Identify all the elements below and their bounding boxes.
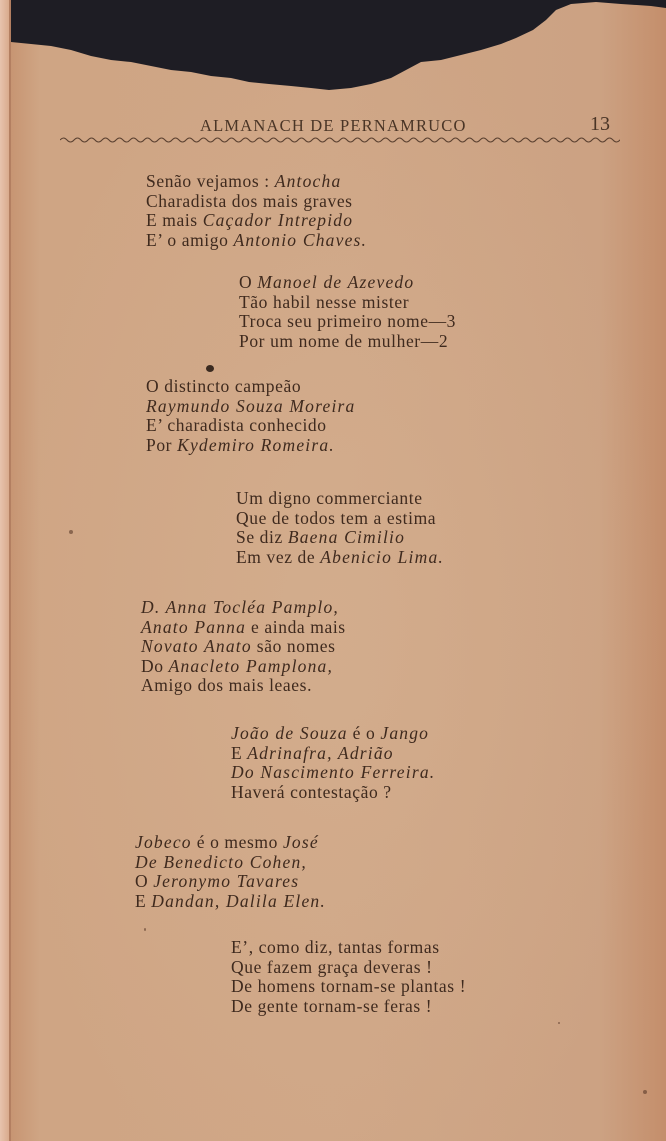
text-run: Haverá contestação ?	[231, 782, 392, 802]
verse-line: João de Souza é o Jango	[231, 724, 435, 744]
italic-name-run: Antonio Chaves.	[233, 230, 367, 250]
scanned-page: ALMANACH DE PERNAMRUCO 13 Senão vejamos …	[0, 0, 666, 1141]
paper-speck	[558, 1022, 560, 1024]
italic-name-run: Dandan, Dalila Elen.	[151, 891, 326, 911]
verse-line: E mais Caçador Intrepido	[146, 211, 367, 231]
binding-edge	[0, 0, 11, 1141]
verse-line: E’ charadista conhecido	[146, 416, 355, 436]
italic-name-run: Manoel de Azevedo	[257, 272, 414, 292]
paper-speck	[144, 928, 146, 931]
stanza-4: Um digno commercianteQue de todos tem a …	[236, 489, 444, 567]
verse-line: Senão vejamos : Antocha	[146, 172, 367, 192]
text-run: Senão vejamos :	[146, 171, 275, 191]
text-run: O distincto campeão	[146, 376, 301, 396]
verse-line: Amigo dos mais leaes.	[141, 676, 346, 696]
text-run: Por	[146, 435, 177, 455]
text-run: é o mesmo	[192, 832, 283, 852]
verse-line: E’, como diz, tantas formas	[231, 938, 466, 958]
paper-speck	[643, 1090, 647, 1094]
verse-line: Tão habil nesse mister	[239, 293, 456, 313]
italic-name-run: Raymundo Souza Moreira	[146, 396, 355, 416]
italic-name-run: Jeronymo Tavares	[153, 871, 299, 891]
italic-name-run: Kydemiro Romeira.	[177, 435, 335, 455]
verse-line: Do Anacleto Pamplona,	[141, 657, 346, 677]
verse-line: Que fazem graça deveras !	[231, 958, 466, 978]
text-run: E	[231, 743, 247, 763]
verse-line: De Benedicto Cohen,	[135, 853, 326, 873]
italic-name-run: Do Nascimento Ferreira.	[231, 762, 435, 782]
verse-line: Charadista dos mais graves	[146, 192, 367, 212]
stanza-5: D. Anna Tocléa Pamplo,Anato Panna e aind…	[141, 598, 346, 696]
stanza-2: O Manoel de AzevedoTão habil nesse miste…	[239, 273, 456, 351]
italic-name-run: Jobeco	[135, 832, 192, 852]
italic-name-run: Anacleto Pamplona,	[169, 656, 334, 676]
text-run: De homens tornam-se plantas !	[231, 976, 466, 996]
italic-name-run: Anato Panna	[141, 617, 246, 637]
running-title: ALMANACH DE PERNAMRUCO	[200, 116, 467, 136]
torn-dark-overlay	[11, 0, 666, 110]
verse-line: De homens tornam-se plantas !	[231, 977, 466, 997]
verse-line: O Jeronymo Tavares	[135, 872, 326, 892]
verse-line: Se diz Baena Cimilio	[236, 528, 444, 548]
stanza-3: O distincto campeãoRaymundo Souza Moreir…	[146, 377, 355, 455]
verse-line: E’ o amigo Antonio Chaves.	[146, 231, 367, 251]
stanza-6: João de Souza é o JangoE Adrinafra, Adri…	[231, 724, 435, 802]
verse-line: Por Kydemiro Romeira.	[146, 436, 355, 456]
verse-line: O distincto campeão	[146, 377, 355, 397]
italic-name-run: Baena Cimilio	[288, 527, 405, 547]
verse-line: D. Anna Tocléa Pamplo,	[141, 598, 346, 618]
text-run: O	[239, 272, 257, 292]
text-run: Em vez de	[236, 547, 320, 567]
verse-line: E Dandan, Dalila Elen.	[135, 892, 326, 912]
italic-name-run: D. Anna Tocléa Pamplo,	[141, 597, 339, 617]
text-run: Charadista dos mais graves	[146, 191, 353, 211]
verse-line: De gente tornam-se feras !	[231, 997, 466, 1017]
running-header: ALMANACH DE PERNAMRUCO 13	[0, 113, 666, 143]
stanza-1: Senão vejamos : AntochaCharadista dos ma…	[146, 172, 367, 250]
text-run: Tão habil nesse mister	[239, 292, 409, 312]
paper-speck	[69, 530, 73, 534]
text-run: Por um nome de mulher—2	[239, 331, 448, 351]
verse-line: Haverá contestação ?	[231, 783, 435, 803]
verse-line: Do Nascimento Ferreira.	[231, 763, 435, 783]
italic-name-run: De Benedicto Cohen,	[135, 852, 307, 872]
verse-line: E Adrinafra, Adrião	[231, 744, 435, 764]
text-run: é o	[348, 723, 381, 743]
italic-name-run: Novato Anato	[141, 636, 252, 656]
text-run: E mais	[146, 210, 203, 230]
text-run: Que fazem graça deveras !	[231, 957, 433, 977]
stanza-8: E’, como diz, tantas formasQue fazem gra…	[231, 938, 466, 1016]
verse-line: Raymundo Souza Moreira	[146, 397, 355, 417]
italic-name-run: José	[283, 832, 319, 852]
text-run: Amigo dos mais leaes.	[141, 675, 312, 695]
text-run: De gente tornam-se feras !	[231, 996, 432, 1016]
printer-ornament	[206, 365, 214, 372]
verse-line: Jobeco é o mesmo José	[135, 833, 326, 853]
text-run: E’ o amigo	[146, 230, 233, 250]
italic-name-run: Caçador Intrepido	[203, 210, 354, 230]
text-run: Do	[141, 656, 169, 676]
text-run: E’ charadista conhecido	[146, 415, 327, 435]
text-run: O	[135, 871, 153, 891]
text-run: Um digno commerciante	[236, 488, 423, 508]
verse-line: Anato Panna e ainda mais	[141, 618, 346, 638]
italic-name-run: Abenicio Lima.	[320, 547, 444, 567]
italic-name-run: João de Souza	[231, 723, 348, 743]
verse-line: Que de todos tem a estima	[236, 509, 444, 529]
italic-name-run: Antocha	[275, 171, 342, 191]
text-run: são nomes	[252, 636, 336, 656]
verse-line: O Manoel de Azevedo	[239, 273, 456, 293]
text-run: e ainda mais	[246, 617, 346, 637]
page-number: 13	[590, 113, 610, 136]
text-run: E	[135, 891, 151, 911]
verse-line: Novato Anato são nomes	[141, 637, 346, 657]
italic-name-run: Jango	[380, 723, 429, 743]
verse-line: Por um nome de mulher—2	[239, 332, 456, 352]
verse-line: Troca seu primeiro nome—3	[239, 312, 456, 332]
verse-line: Um digno commerciante	[236, 489, 444, 509]
text-run: E’, como diz, tantas formas	[231, 937, 440, 957]
wavy-rule	[60, 135, 620, 145]
text-run: Que de todos tem a estima	[236, 508, 436, 528]
stanza-7: Jobeco é o mesmo JoséDe Benedicto Cohen,…	[135, 833, 326, 911]
text-run: Se diz	[236, 527, 288, 547]
italic-name-run: Adrinafra, Adrião	[247, 743, 393, 763]
text-run: Troca seu primeiro nome—3	[239, 311, 456, 331]
verse-line: Em vez de Abenicio Lima.	[236, 548, 444, 568]
